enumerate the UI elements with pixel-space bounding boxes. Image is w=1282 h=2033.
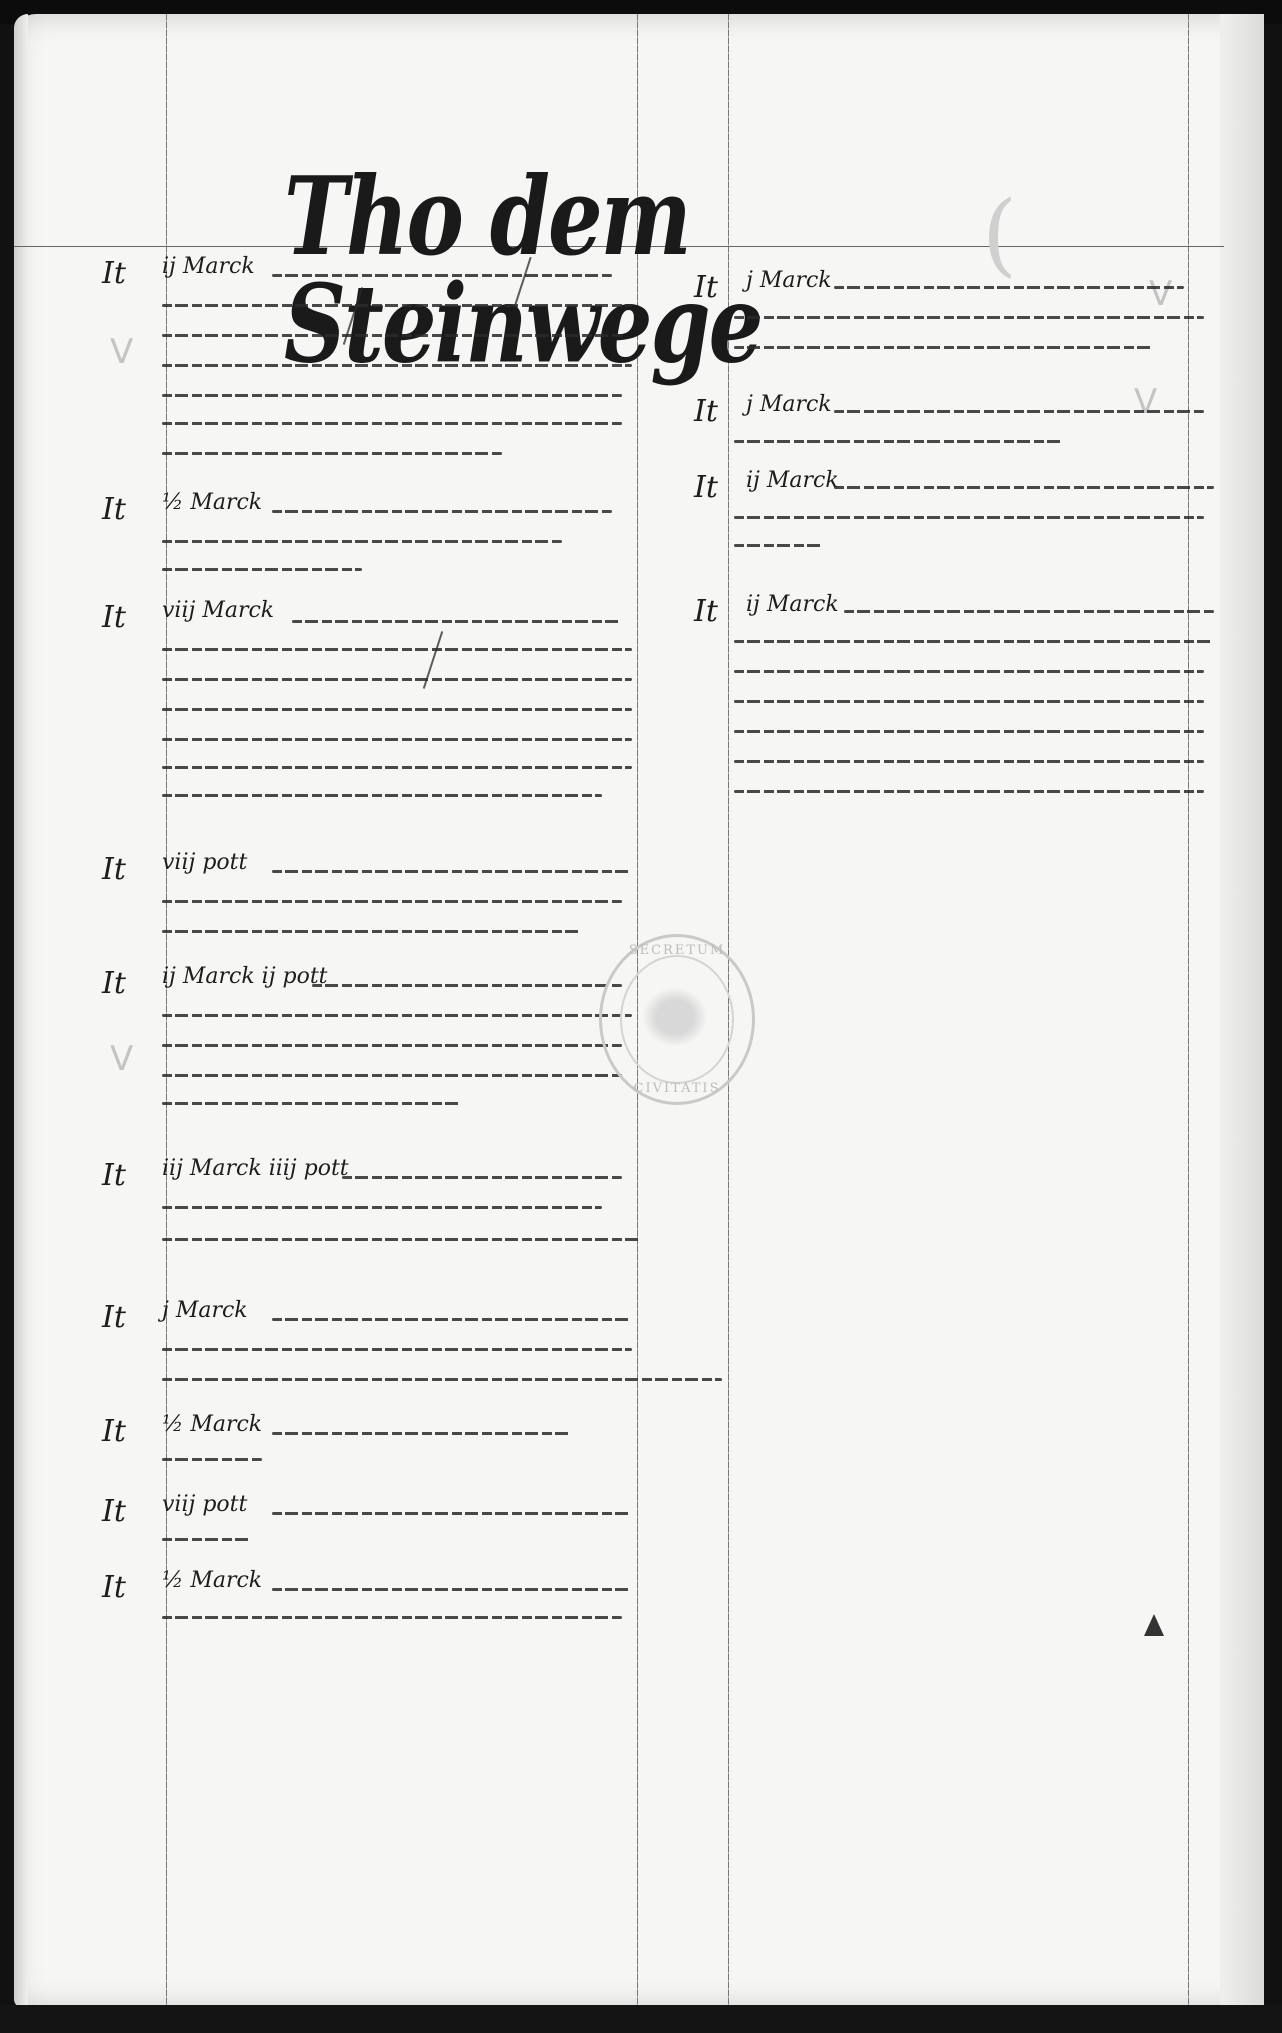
bleed-through-letter: ( <box>982 182 1017 287</box>
margin-rule-right <box>1188 14 1189 2008</box>
scan-border-bottom <box>0 2005 1282 2033</box>
item-marker: It <box>102 852 126 887</box>
entry-amount: j Marck <box>746 392 832 417</box>
entry-amount: ½ Marck <box>162 1568 262 1593</box>
margin-tick-mark: V <box>110 1039 133 1079</box>
item-marker: It <box>102 966 126 1001</box>
margin-tick-mark: V <box>1149 274 1172 314</box>
page-left-edge <box>14 14 28 2008</box>
page-gutter-shade <box>1220 14 1264 2008</box>
entry-amount: ij Marck <box>746 592 839 617</box>
ink-mark-icon <box>1144 1614 1164 1636</box>
entry-amount: j Marck <box>162 1298 248 1323</box>
entry-amount: ij Marck ij pott <box>162 964 328 989</box>
entry-amount: viij pott <box>162 1492 247 1517</box>
item-marker: It <box>694 394 718 429</box>
manuscript-page: Tho dem Steinwege ( V V V V It ij Marck … <box>14 14 1264 2008</box>
heraldic-lion-icon <box>642 987 708 1047</box>
item-marker: It <box>102 1414 126 1449</box>
entry-amount: ij Marck <box>746 468 839 493</box>
entry-amount: iij Marck iiij pott <box>162 1156 349 1181</box>
item-marker: It <box>694 594 718 629</box>
city-seal-stamp: SECRETUM CIVITATIS <box>599 934 755 1105</box>
seal-legend-top: SECRETUM <box>602 943 752 958</box>
entry-amount: ij Marck <box>162 254 255 279</box>
margin-tick-mark: V <box>1134 382 1157 422</box>
entry-amount: viij Marck <box>162 598 274 623</box>
margin-rule-left <box>166 14 167 2008</box>
item-marker: It <box>102 1570 126 1605</box>
item-marker: It <box>694 470 718 505</box>
item-marker: It <box>102 1158 126 1193</box>
item-marker: It <box>102 1494 126 1529</box>
seal-legend-bottom: CIVITATIS <box>602 1081 752 1096</box>
item-marker: It <box>102 492 126 527</box>
margin-tick-mark: V <box>110 332 133 372</box>
entry-amount: ½ Marck <box>162 1412 262 1437</box>
entry-amount: j Marck <box>746 268 832 293</box>
entry-amount: viij pott <box>162 850 247 875</box>
entry-amount: ½ Marck <box>162 490 262 515</box>
item-marker: It <box>694 270 718 305</box>
item-marker: It <box>102 1300 126 1335</box>
item-marker: It <box>102 600 126 635</box>
item-marker: It <box>102 256 126 291</box>
